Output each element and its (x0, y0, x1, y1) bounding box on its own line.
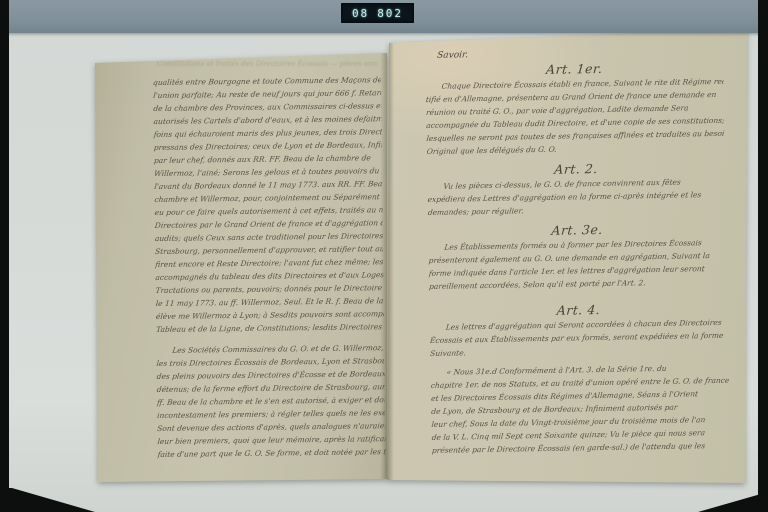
photo-black-edge-left (0, 0, 9, 512)
right-page-wrap: Savoir. Art. 1er. Chaque Directoire Écos… (387, 28, 747, 486)
article-4: Art. 4. Les lettres d'aggrégation qui Se… (429, 300, 728, 360)
photo-black-corner-bottom-right (698, 492, 768, 512)
article-4-body: Les lettres d'aggrégation qui Seront acc… (430, 316, 729, 360)
article-2: Art. 2. Vu les pièces ci-dessus, le G. O… (427, 159, 726, 219)
article-3-body: Les Établissements formés ou à former pa… (428, 236, 727, 293)
article-2-body: Vu les pièces ci-dessus, le G. O. de fra… (427, 175, 726, 219)
article-1-body: Chaque Directoire Écossais établi en fra… (426, 75, 725, 158)
manuscript-photograph: Constitutions et traités des Directoires… (0, 0, 768, 512)
manuscript-line: faite d'une part que le G. O. Se forme, … (157, 445, 386, 461)
ink-bleedthrough-text: Constitutions et traités des Directoires… (157, 59, 377, 69)
manuscript-right-page: Savoir. Art. 1er. Chaque Directoire Écos… (387, 28, 747, 486)
copy-stand-bar: 08 802 (0, 0, 768, 33)
manuscript-left-page: Constitutions et traités des Directoires… (95, 52, 387, 482)
manuscript-line: Tableau et de la Ligne, de Constitutions… (155, 320, 384, 336)
left-page-wrap: Constitutions et traités des Directoires… (95, 52, 387, 482)
left-page-paragraph-2: Les Sociétés Commissaires du G. O. et de… (156, 341, 385, 461)
counter-digits-group2: 802 (377, 7, 403, 20)
left-page-paragraph-1: qualités entre Bourgogne et toute Commun… (153, 73, 384, 336)
frame-counter-display: 08 802 (341, 3, 414, 23)
article-1: Art. 1er. Chaque Directoire Écossais éta… (425, 59, 725, 158)
left-page-text: qualités entre Bourgogne et toute Commun… (153, 73, 386, 461)
article-3: Art. 3e. Les Établissements formés ou à … (428, 220, 727, 293)
photo-black-corner-bottom-left (0, 488, 95, 512)
photo-black-edge-right (758, 0, 768, 512)
right-page-text: Savoir. Art. 1er. Chaque Directoire Écos… (425, 45, 730, 457)
counter-digits-group1: 08 (352, 7, 369, 20)
closing-paragraph: « Nous 31e.d Conformément à l'Art. 3. de… (431, 361, 731, 457)
